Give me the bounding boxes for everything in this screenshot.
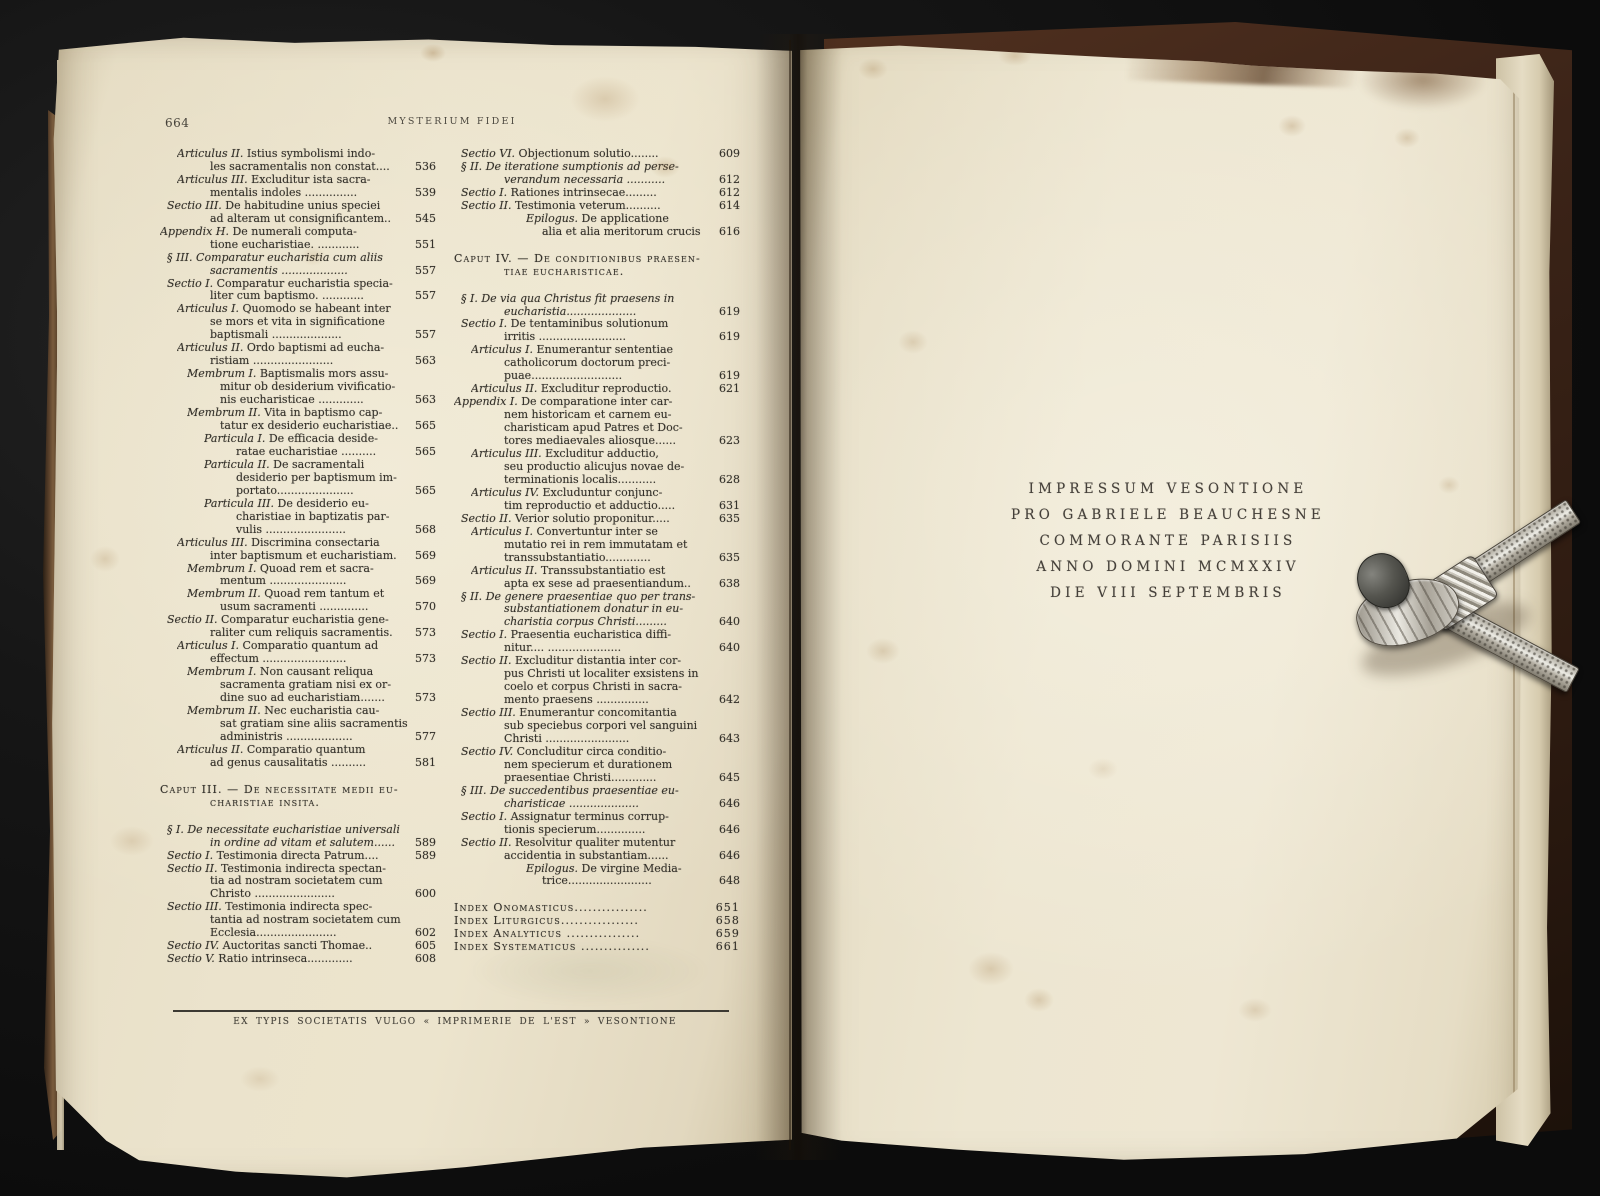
toc-page-number: 573 (409, 692, 436, 705)
foxing-spot (1278, 115, 1306, 137)
toc-page-number: 551 (409, 239, 436, 252)
toc-line: mitur ob desiderium vivificatio- (220, 381, 436, 394)
toc-page-number: 648 (713, 875, 740, 888)
toc-line: Sectio IV. Concluditur circa conditio- (461, 746, 740, 759)
toc-page-number: 570 (409, 601, 436, 614)
toc-line: in ordine ad vitam et salutem......589 (210, 837, 436, 850)
toc-line: coelo et corpus Christi in sacra- (504, 681, 740, 694)
toc-line: ratae eucharistiae ..........565 (236, 446, 436, 459)
toc-page-number: 635 (713, 513, 740, 526)
toc-line: Sectio II. Testimonia indirecta spectan- (167, 863, 436, 876)
toc-line: Particula III. De desiderio eu- (204, 498, 436, 511)
colophon-line: IMPRESSUM VESONTIONE (968, 476, 1368, 502)
toc-page-number: 589 (409, 837, 436, 850)
toc-line: Articulus III. Excluditur adductio, (471, 448, 740, 461)
toc-line: charisticae ....................646 (504, 798, 740, 811)
toc-page-number: 619 (713, 306, 740, 319)
toc-line: Sectio VI. Objectionum solutio........60… (461, 148, 740, 161)
toc-line: inter baptismum et eucharistiam.569 (210, 550, 436, 563)
toc-line: Membrum II. Quoad rem tantum et (187, 588, 436, 601)
toc-line: sub speciebus corpori vel sanguini (504, 720, 740, 733)
toc-line: Articulus III. Discrimina consectaria (177, 537, 436, 550)
toc-line: charistiae insita. (210, 797, 436, 810)
toc-column-2: Sectio VI. Objectionum solutio........60… (454, 148, 740, 966)
toc-line: Membrum I. Baptismalis mors assu- (187, 368, 436, 381)
toc-line: effectum ........................573 (210, 653, 436, 666)
toc-line: Sectio III. Testimonia indirecta spec- (167, 901, 436, 914)
toc-page-number: 557 (409, 265, 436, 278)
toc-line: Appendix I. De comparatione inter car- (454, 396, 740, 409)
toc-line: tatur ex desiderio eucharistiae..565 (220, 420, 436, 433)
toc-line: Christi ........................643 (504, 733, 740, 746)
toc-page-number: 661 (713, 941, 740, 954)
foxing-spot (858, 58, 888, 80)
toc-line: les sacramentalis non constat....536 (210, 161, 436, 174)
toc-line: usum sacramenti ..............570 (220, 601, 436, 614)
toc-page-number: 619 (713, 331, 740, 344)
toc-page-number: 646 (713, 798, 740, 811)
toc-line: Particula I. De efficacia deside- (204, 433, 436, 446)
toc-line: Caput III. — De necessitate medii eu- (160, 784, 436, 797)
toc-line: seu productio alicujus novae de- (504, 461, 740, 474)
foxing-spot (1394, 128, 1420, 148)
foxing-spot (1088, 758, 1118, 780)
book-clasp (1350, 495, 1600, 730)
toc-line: nitur.... .....................640 (504, 642, 740, 655)
toc-line: eucharistia....................619 (504, 306, 740, 319)
toc-line: mutatio rei in rem immutatam et (504, 539, 740, 552)
toc-line: apta ex sese ad praesentiandum..638 (504, 578, 740, 591)
toc-line: Epilogus. De virgine Media- (526, 863, 740, 876)
toc-line: terminationis localis...........628 (504, 474, 740, 487)
toc-line: Index Onomasticus................651 (454, 902, 740, 915)
toc-line: ristiam .......................563 (210, 355, 436, 368)
toc-page-number: 589 (409, 850, 436, 863)
toc-page-number: 638 (713, 578, 740, 591)
toc-page-number: 573 (409, 627, 436, 640)
toc-line: accidentia in substantiam......646 (504, 850, 740, 863)
colophon-line: COMMORANTE PARISIIS (968, 528, 1368, 554)
toc-page-number: 645 (713, 772, 740, 785)
toc-line: tionis specierum..............646 (504, 824, 740, 837)
toc-line: Appendix H. De numerali computa- (160, 226, 436, 239)
toc-line: Sectio I. Comparatur eucharistia specia- (167, 278, 436, 291)
toc-page-number: 565 (409, 446, 436, 459)
toc-line: nem historicam et carnem eu- (504, 409, 740, 422)
toc-line: ad genus causalitatis ..........581 (210, 757, 436, 770)
toc-page-number: 569 (409, 575, 436, 588)
toc-line: Sectio I. Rationes intrinsecae.........6… (461, 187, 740, 200)
toc-line: § II. De genere praesentiae quo per tran… (461, 591, 740, 604)
toc-page-number: 642 (713, 694, 740, 707)
foxing-spot (866, 638, 900, 664)
toc-page-number: 565 (409, 420, 436, 433)
toc-line: puae..........................619 (504, 370, 740, 383)
toc-line: Sectio I. Assignatur terminus corrup- (461, 811, 740, 824)
toc-page-number: 631 (713, 500, 740, 513)
toc-page-number: 563 (409, 355, 436, 368)
toc-line: Articulus II. Comparatio quantum (177, 744, 436, 757)
toc-line: Particula II. De sacramentali (204, 459, 436, 472)
toc-line: Sectio III. Enumerantur concomitantia (461, 707, 740, 720)
toc-page-number: 565 (409, 485, 436, 498)
toc-page-number: 600 (409, 888, 436, 901)
toc-line: Sectio I. Praesentia eucharistica diffi- (461, 629, 740, 642)
toc-line: tione eucharistiae. ............551 (210, 239, 436, 252)
toc-line: mentalis indoles ...............539 (210, 187, 436, 200)
toc-line: sacramenta gratiam nisi ex or- (220, 679, 436, 692)
toc-line: charistia corpus Christi.........640 (504, 616, 740, 629)
toc-line: Sectio V. Ratio intrinseca.............6… (167, 953, 436, 966)
toc-line: baptismali ....................557 (210, 329, 436, 342)
toc-line: tantia ad nostram societatem cum (210, 914, 436, 927)
toc-page-number: 623 (713, 435, 740, 448)
toc-line: Articulus II. Istius symbolismi indo- (177, 148, 436, 161)
bleed-through (470, 936, 710, 1006)
toc-line: irritis .........................619 (504, 331, 740, 344)
toc-line: § I. De necessitate eucharistiae univers… (167, 824, 436, 837)
toc-page-number: 539 (409, 187, 436, 200)
toc-line: Epilogus. De applicatione (526, 213, 740, 226)
toc-page-number: 640 (713, 616, 740, 629)
toc-line: Membrum II. Vita in baptismo cap- (187, 407, 436, 420)
printer-imprint: EX TYPIS SOCIETATIS VULGO « IMPRIMERIE D… (110, 1017, 800, 1027)
toc-line: Articulus III. Excluditur ista sacra- (177, 174, 436, 187)
toc-page-number: 646 (713, 850, 740, 863)
toc-line: transsubstantiatio.............635 (504, 552, 740, 565)
toc-page-number: 557 (409, 329, 436, 342)
toc-line: trice........................648 (542, 875, 740, 888)
toc-line: Articulus I. Convertuntur inter se (471, 526, 740, 539)
foxing-spot (1238, 998, 1272, 1022)
toc-line: tim reproductio et adductio.....631 (504, 500, 740, 513)
toc-page-number: 635 (713, 552, 740, 565)
toc-line: alia et alia meritorum crucis616 (542, 226, 740, 239)
toc-page-number: 643 (713, 733, 740, 746)
toc-page-number: 612 (713, 174, 740, 187)
toc-page-number: 621 (713, 383, 740, 396)
foxing-spot (420, 44, 446, 62)
colophon-line: ANNO DOMINI MCMXXIV (968, 554, 1368, 580)
toc-column-1: Articulus II. Istius symbolismi indo-les… (160, 148, 436, 966)
toc-line: Sectio I. De tentaminibus solutionum (461, 318, 740, 331)
toc-page-number: 616 (713, 226, 740, 239)
toc-line: Sectio II. Verior solutio proponitur....… (461, 513, 740, 526)
toc-line: nem specierum et durationem (504, 759, 740, 772)
toc-line: tores mediaevales aliosque......623 (504, 435, 740, 448)
toc-line: catholicorum doctorum preci- (504, 357, 740, 370)
toc-line: Articulus II. Transsubstantiatio est (471, 565, 740, 578)
toc-line: Sectio IV. Auctoritas sancti Thomae..605 (167, 940, 436, 953)
toc-line: § III. De succedentibus praesentiae eu- (461, 785, 740, 798)
colophon-line: PRO GABRIELE BEAUCHESNE (968, 502, 1368, 528)
toc-line: pus Christi ut localiter exsistens in (504, 668, 740, 681)
table-of-contents: Articulus II. Istius symbolismi indo-les… (160, 148, 744, 966)
toc-page-number: 581 (409, 757, 436, 770)
toc-line: mento praesens ...............642 (504, 694, 740, 707)
toc-line: Sectio II. Testimonia veterum..........6… (461, 200, 740, 213)
toc-line: Membrum II. Nec eucharistia cau- (187, 705, 436, 718)
toc-line: liter cum baptismo. ............557 (210, 290, 436, 303)
foxing-spot (240, 1066, 280, 1092)
running-head: MYSTERIUM FIDEI (160, 116, 744, 127)
toc-line: desiderio per baptismum im- (236, 472, 436, 485)
toc-page-number: 557 (409, 290, 436, 303)
toc-page-number: 573 (409, 653, 436, 666)
foxing-spot (110, 826, 154, 856)
toc-line: Sectio II. Excluditur distantia inter co… (461, 655, 740, 668)
foxing-spot (968, 952, 1014, 986)
toc-page-number: 609 (713, 148, 740, 161)
toc-line: Sectio II. Comparatur eucharistia gene- (167, 614, 436, 627)
toc-line: sat gratiam sine aliis sacramentis (220, 718, 436, 731)
toc-page-number: 577 (409, 731, 436, 744)
toc-line: Sectio III. De habitudine unius speciei (167, 200, 436, 213)
toc-line: Membrum I. Non causant reliqua (187, 666, 436, 679)
foxing-spot (1024, 988, 1054, 1012)
toc-line: Caput IV. — De conditionibus praesen- (454, 253, 740, 266)
toc-line: charistiae in baptizatis par- (236, 511, 436, 524)
toc-page-number: 640 (713, 642, 740, 655)
toc-line: Christo .......................600 (210, 888, 436, 901)
toc-page-number: 545 (409, 213, 436, 226)
toc-line: Articulus IV. Excluduntur conjunc- (471, 487, 740, 500)
toc-line: Membrum I. Quoad rem et sacra- (187, 563, 436, 576)
toc-line: Index Liturgicus.................658 (454, 915, 740, 928)
toc-line: dine suo ad eucharistiam.......573 (220, 692, 436, 705)
toc-line: Articulus I. Quomodo se habeant inter (177, 303, 436, 316)
toc-line: Ecclesia.......................602 (210, 927, 436, 940)
toc-line: Articulus I. Comparatio quantum ad (177, 640, 436, 653)
toc-line: Articulus I. Enumerantur sententiae (471, 344, 740, 357)
gutter-fold (789, 40, 791, 1150)
toc-page-number: 612 (713, 187, 740, 200)
foxing-spot (1438, 476, 1460, 494)
toc-line: charisticam apud Patres et Doc- (504, 422, 740, 435)
toc-line: § I. De via qua Christus fit praesens in (461, 293, 740, 306)
toc-page-number: 563 (409, 394, 436, 407)
colophon-line: DIE VIII SEPTEMBRIS (968, 580, 1368, 606)
toc-line: praesentiae Christi.............645 (504, 772, 740, 785)
colophon: IMPRESSUM VESONTIONEPRO GABRIELE BEAUCHE… (968, 476, 1368, 606)
foxing-spot (898, 330, 928, 354)
toc-page-number: 536 (409, 161, 436, 174)
toc-line: nis eucharisticae .............563 (220, 394, 436, 407)
toc-line: mentum ......................569 (220, 575, 436, 588)
toc-line: verandum necessaria ...........612 (504, 174, 740, 187)
toc-page-number: 628 (713, 474, 740, 487)
book-photo: 664 MYSTERIUM FIDEI Articulus II. Istius… (0, 0, 1600, 1196)
toc-page-number: 568 (409, 524, 436, 537)
toc-line: Articulus II. Ordo baptismi ad eucha- (177, 342, 436, 355)
toc-page-number: 614 (713, 200, 740, 213)
toc-line: Sectio I. Testimonia directa Patrum....5… (167, 850, 436, 863)
footer-rule (173, 1010, 729, 1012)
toc-line: § II. De iteratione sumptionis ad perse- (461, 161, 740, 174)
toc-line: raliter cum reliquis sacramentis.573 (210, 627, 436, 640)
toc-line: vulis .......................568 (236, 524, 436, 537)
foxing-spot (90, 546, 120, 572)
toc-line: portato......................565 (236, 485, 436, 498)
toc-line: administris ...................577 (220, 731, 436, 744)
toc-line: sacramentis ...................557 (210, 265, 436, 278)
left-page: 664 MYSTERIUM FIDEI Articulus II. Istius… (50, 36, 792, 1182)
toc-line: tiae eucharisticae. (504, 266, 740, 279)
toc-line: ad alteram ut consignificantem..545 (210, 213, 436, 226)
toc-line: Sectio II. Resolvitur qualiter mutentur (461, 837, 740, 850)
toc-line: tia ad nostram societatem cum (210, 875, 436, 888)
toc-page-number: 569 (409, 550, 436, 563)
toc-line: § III. Comparatur eucharistia cum aliis (167, 252, 436, 265)
toc-line: se mors et vita in significatione (210, 316, 436, 329)
toc-line: Articulus II. Excluditur reproductio.621 (471, 383, 740, 396)
toc-page-number: 646 (713, 824, 740, 837)
toc-page-number: 608 (409, 953, 436, 966)
toc-line: substantiationem donatur in eu- (504, 603, 740, 616)
page-header: 664 MYSTERIUM FIDEI (160, 116, 744, 132)
